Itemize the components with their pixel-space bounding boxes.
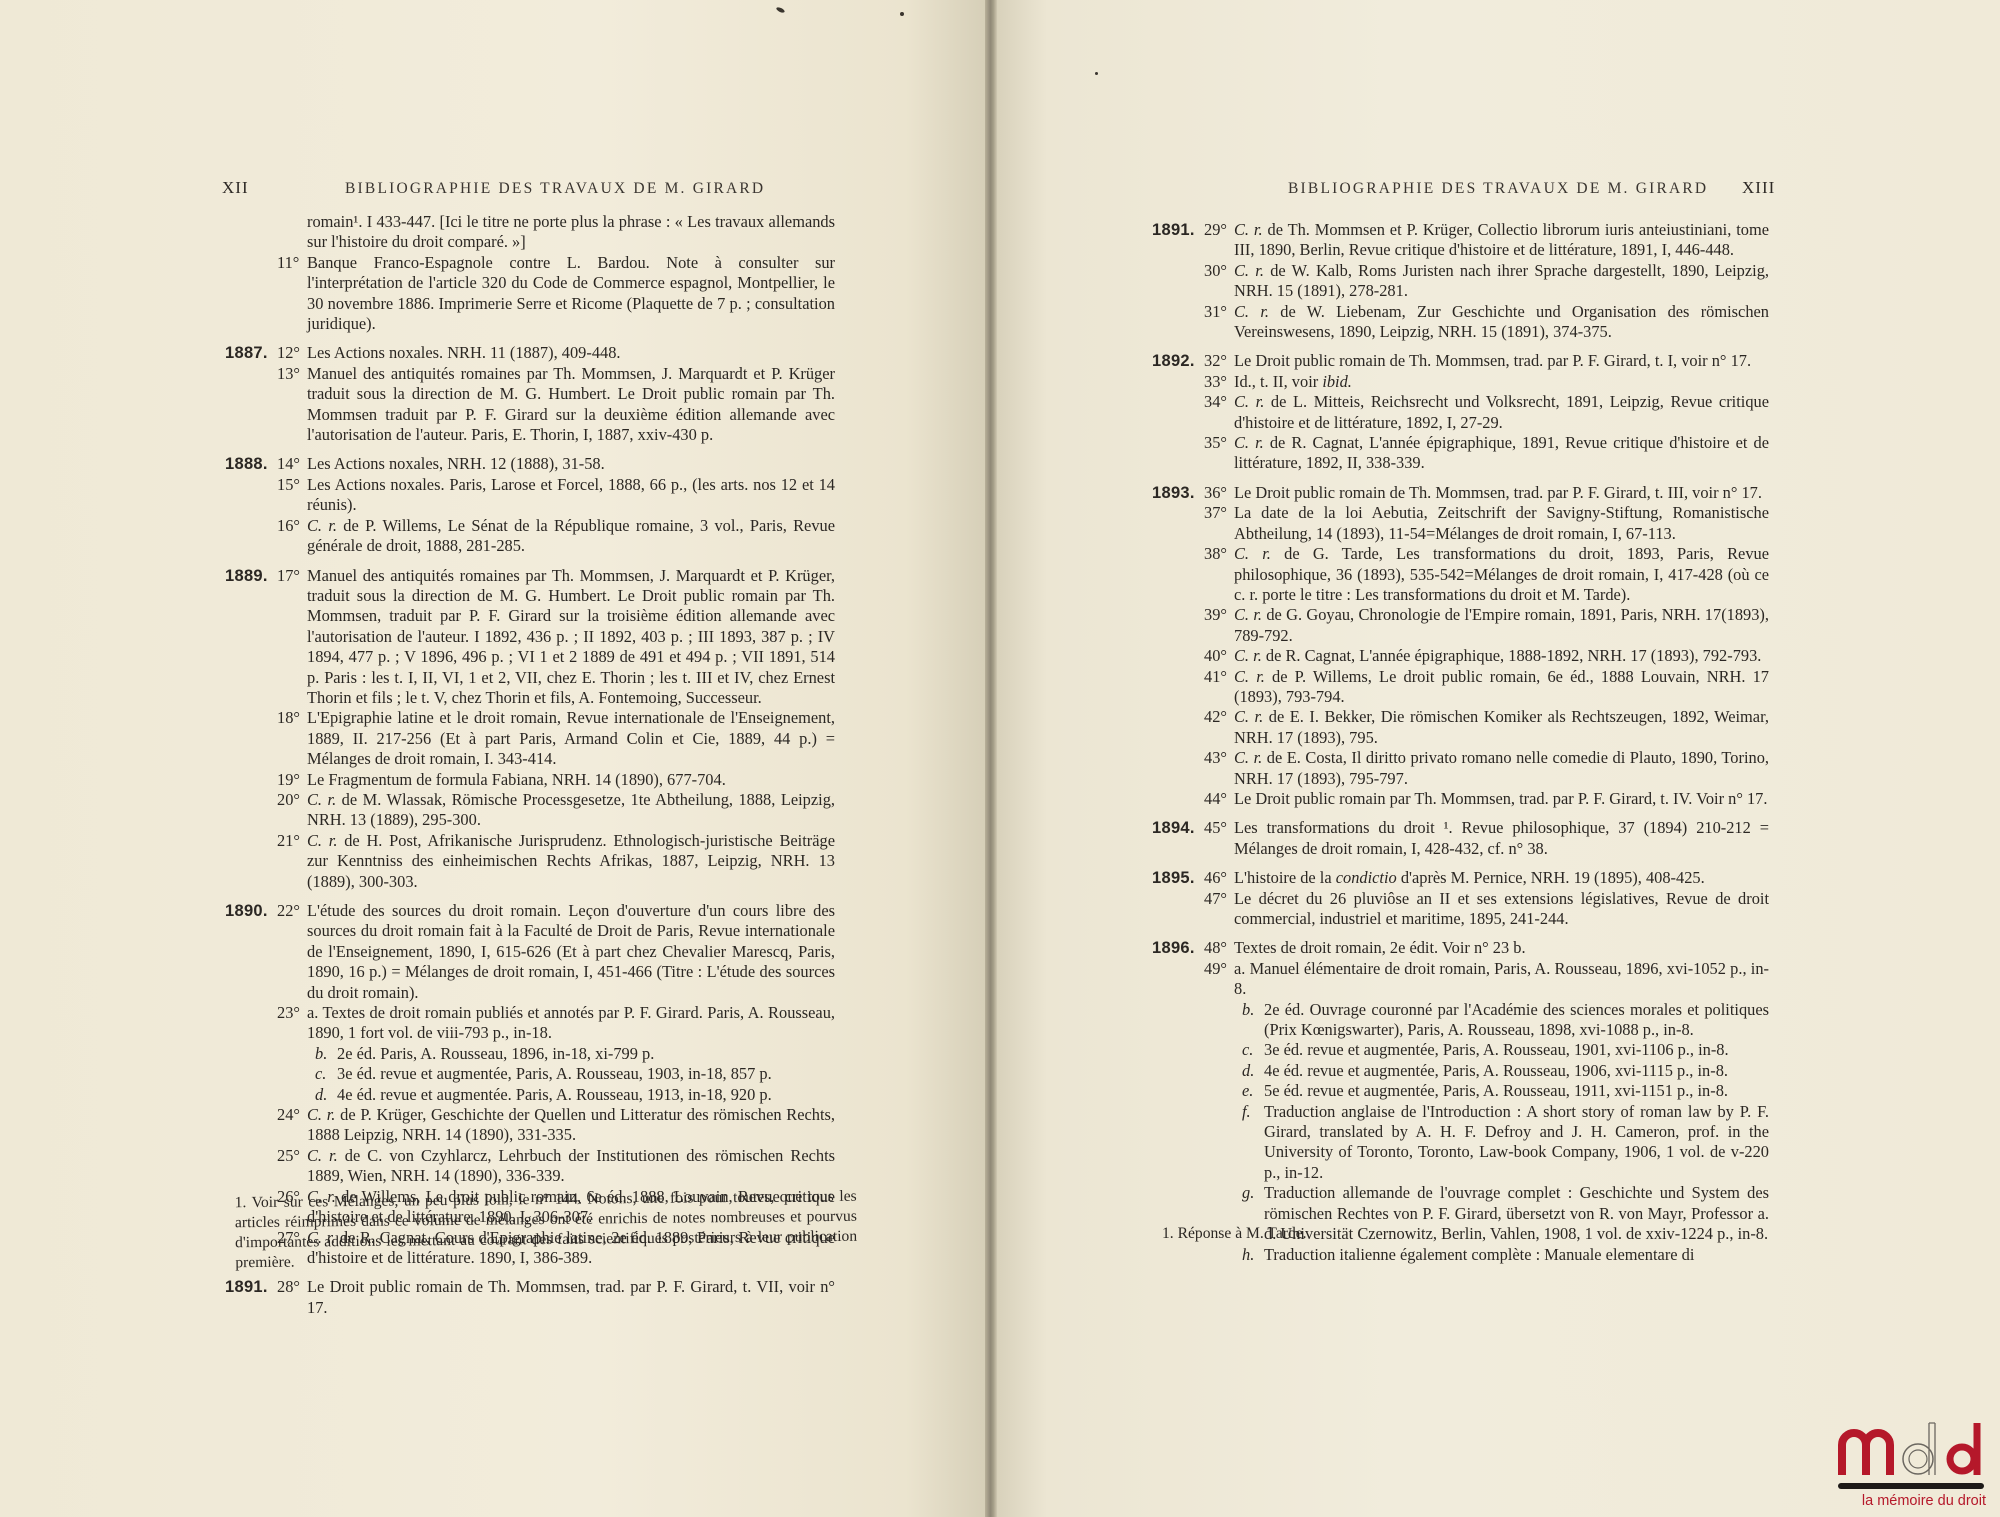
entry-text: de G. Tarde, Les transformations du droi… bbox=[1234, 544, 1769, 604]
entry-number: 24° bbox=[277, 1105, 307, 1125]
year-group: 1887.12°Les Actions noxales. NRH. 11 (18… bbox=[225, 343, 835, 445]
footnote: 1. Voir sur ces Mélanges, un peu plus lo… bbox=[235, 1187, 858, 1274]
paper-speck bbox=[900, 12, 904, 16]
footnote: 1. Réponse à M. Tarde. bbox=[1162, 1224, 1462, 1244]
right-page: BIBLIOGRAPHIE DES TRAVAUX DE M. GIRARD X… bbox=[997, 0, 2000, 1517]
review-abbrev: C. r. bbox=[1234, 748, 1262, 767]
entry-text: Les Actions noxales, NRH. 12 (1888), 31-… bbox=[307, 454, 605, 473]
year-group: 1894.45°Les transformations du droit ¹. … bbox=[1152, 818, 1769, 859]
entry-number: 12° bbox=[277, 343, 307, 363]
entry-text: de P. Willems, Le droit public romain, 6… bbox=[1234, 667, 1769, 706]
book-spread: XII BIBLIOGRAPHIE DES TRAVAUX DE M. GIRA… bbox=[0, 0, 2000, 1517]
entry-number: 43° bbox=[1204, 748, 1234, 768]
entry-text: Les Actions noxales. NRH. 11 (1887), 409… bbox=[307, 343, 621, 362]
bibliography-entry: 22°L'étude des sources du droit romain. … bbox=[225, 901, 835, 1003]
entry-number: 16° bbox=[277, 516, 307, 536]
paper-speck bbox=[1095, 72, 1098, 75]
bibliography-entry: 17°Manuel des antiquités romaines par Th… bbox=[225, 566, 835, 709]
bibliography-entry: 32°Le Droit public romain de Th. Mommsen… bbox=[1152, 351, 1769, 371]
edition-letter: g. bbox=[1242, 1183, 1264, 1203]
entry-text: L'Epigraphie latine et le droit romain, … bbox=[307, 708, 835, 768]
review-abbrev: C. r. bbox=[1234, 220, 1263, 239]
bibliography-entry: 41°C. r. de P. Willems, Le droit public … bbox=[1152, 667, 1769, 708]
edition-subentry: c.3e éd. revue et augmentée, Paris, A. R… bbox=[225, 1064, 835, 1084]
entry-number: 36° bbox=[1204, 483, 1234, 503]
year-group: 1895.46°L'histoire de la condictio d'apr… bbox=[1152, 868, 1769, 929]
year-group: 1889.17°Manuel des antiquités romaines p… bbox=[225, 566, 835, 893]
logo-bar bbox=[1838, 1483, 1984, 1489]
entry-text: Banque Franco-Espagnole contre L. Bardou… bbox=[307, 253, 835, 333]
year-group: 1896.48°Textes de droit romain, 2e édit.… bbox=[1152, 938, 1769, 1265]
bibliography-entry: 29°C. r. de Th. Mommsen et P. Krüger, Co… bbox=[1152, 220, 1769, 261]
bibliography-entry: 13°Manuel des antiquités romaines par Th… bbox=[225, 364, 835, 446]
bibliography-entry: 33°Id., t. II, voir ibid. bbox=[1152, 372, 1769, 392]
entry-text: Textes de droit romain, 2e édit. Voir n°… bbox=[1234, 938, 1526, 957]
edition-letter: d. bbox=[1242, 1061, 1264, 1081]
entry-text: de R. Cagnat, L'année épigraphique, 1891… bbox=[1234, 433, 1769, 472]
entry-number: 45° bbox=[1204, 818, 1234, 838]
bibliography-entry: 42°C. r. de E. I. Bekker, Die römischen … bbox=[1152, 707, 1769, 748]
edition-text: Traduction italienne également complète … bbox=[1264, 1245, 1694, 1264]
review-abbrev: C. r. bbox=[1234, 646, 1262, 665]
year-group: 1888.14°Les Actions noxales, NRH. 12 (18… bbox=[225, 454, 835, 556]
bibliography-column: 1891.29°C. r. de Th. Mommsen et P. Krüge… bbox=[1152, 220, 1769, 1274]
logo-tagline: la mémoire du droit bbox=[1862, 1493, 1986, 1509]
entry-number: 47° bbox=[1204, 889, 1234, 909]
entry-number: 38° bbox=[1204, 544, 1234, 564]
entry-text: de M. Wlassak, Römische Processgesetze, … bbox=[307, 790, 835, 829]
review-abbrev: C. r. bbox=[1234, 707, 1263, 726]
bibliography-entry: 48°Textes de droit romain, 2e édit. Voir… bbox=[1152, 938, 1769, 958]
edition-text: 3e éd. revue et augmentée, Paris, A. Rou… bbox=[337, 1064, 772, 1083]
bibliography-entry: 28°Le Droit public romain de Th. Mommsen… bbox=[225, 1277, 835, 1318]
entry-text: de G. Goyau, Chronologie de l'Empire rom… bbox=[1234, 605, 1769, 644]
review-abbrev: C. r. bbox=[307, 1105, 335, 1124]
entry-text: a. Manuel élémentaire de droit romain, P… bbox=[1234, 959, 1769, 998]
entry-number: 23° bbox=[277, 1003, 307, 1023]
running-head: BIBLIOGRAPHIE DES TRAVAUX DE M. GIRARD bbox=[1288, 180, 1708, 198]
mdd-logo-mark-icon bbox=[1838, 1421, 1988, 1477]
entry-number: 30° bbox=[1204, 261, 1234, 281]
edition-subentry: b.2e éd. Ouvrage couronné par l'Académie… bbox=[1152, 1000, 1769, 1041]
edition-text: 2e éd. Ouvrage couronné par l'Académie d… bbox=[1264, 1000, 1769, 1039]
bibliography-entry: 21°C. r. de H. Post, Afrikanische Jurisp… bbox=[225, 831, 835, 892]
review-abbrev: C. r. bbox=[307, 516, 337, 535]
year-group: 1892.32°Le Droit public romain de Th. Mo… bbox=[1152, 351, 1769, 473]
edition-text: 5e éd. revue et augmentée, Paris, A. Rou… bbox=[1264, 1081, 1728, 1100]
entry-text: Le Droit public romain de Th. Mommsen, t… bbox=[307, 1277, 835, 1316]
entry-number: 18° bbox=[277, 708, 307, 728]
entry-number: 33° bbox=[1204, 372, 1234, 392]
review-abbrev: C. r. bbox=[1234, 544, 1271, 563]
edition-text: 4e éd. revue et augmentée, Paris, A. Rou… bbox=[1264, 1061, 1728, 1080]
edition-letter: f. bbox=[1242, 1102, 1264, 1122]
entry-number: 37° bbox=[1204, 503, 1234, 523]
mdd-logo: la mémoire du droit bbox=[1832, 1415, 1992, 1511]
bibliography-entry: 47°Le décret du 26 pluviôse an II et ses… bbox=[1152, 889, 1769, 930]
entry-text: Le Droit public romain de Th. Mommsen, t… bbox=[1234, 483, 1762, 502]
running-head: BIBLIOGRAPHIE DES TRAVAUX DE M. GIRARD bbox=[345, 180, 765, 198]
entry-text: Le décret du 26 pluviôse an II et ses ex… bbox=[1234, 889, 1769, 928]
page-number: XIII bbox=[1742, 178, 1775, 198]
entry-text: de W. Kalb, Roms Juristen nach ihrer Spr… bbox=[1234, 261, 1769, 300]
entry-number: 19° bbox=[277, 770, 307, 790]
entry-number: 31° bbox=[1204, 302, 1234, 322]
bibliography-entry: 14°Les Actions noxales, NRH. 12 (1888), … bbox=[225, 454, 835, 474]
review-abbrev: C. r. bbox=[1234, 302, 1269, 321]
entry-text: L'étude des sources du droit romain. Leç… bbox=[307, 901, 835, 1002]
left-page: XII BIBLIOGRAPHIE DES TRAVAUX DE M. GIRA… bbox=[0, 0, 985, 1517]
bibliography-entry: 34°C. r. de L. Mitteis, Reichsrecht und … bbox=[1152, 392, 1769, 433]
entry-number: 39° bbox=[1204, 605, 1234, 625]
bibliography-entry: 37°La date de la loi Aebutia, Zeitschrif… bbox=[1152, 503, 1769, 544]
bibliography-entry: 46°L'histoire de la condictio d'après M.… bbox=[1152, 868, 1769, 888]
bibliography-column: romain¹. I 433-447. [Ici le titre ne por… bbox=[225, 212, 835, 1327]
entry-text: de C. von Czyhlarcz, Lehrbuch der Instit… bbox=[307, 1146, 835, 1185]
bibliography-entry: 36°Le Droit public romain de Th. Mommsen… bbox=[1152, 483, 1769, 503]
entry-text: Manuel des antiquités romaines par Th. M… bbox=[307, 566, 835, 707]
entry-number: 46° bbox=[1204, 868, 1234, 888]
entry-text: Le Fragmentum de formula Fabiana, NRH. 1… bbox=[307, 770, 726, 789]
entry-text: d'après M. Pernice, NRH. 19 (1895), 408-… bbox=[1397, 868, 1705, 887]
entry-text: La date de la loi Aebutia, Zeitschrift d… bbox=[1234, 503, 1769, 542]
bibliography-entry: 38°C. r. de G. Tarde, Les transformation… bbox=[1152, 544, 1769, 605]
bibliography-entry: 16°C. r. de P. Willems, Le Sénat de la R… bbox=[225, 516, 835, 557]
entry-number: 21° bbox=[277, 831, 307, 851]
edition-subentry: c.3e éd. revue et augmentée, Paris, A. R… bbox=[1152, 1040, 1769, 1060]
bibliography-entry: 24°C. r. de P. Krüger, Geschichte der Qu… bbox=[225, 1105, 835, 1146]
entry-number: 11° bbox=[277, 253, 307, 273]
bibliography-entry: 45°Les transformations du droit ¹. Revue… bbox=[1152, 818, 1769, 859]
entry-number: 34° bbox=[1204, 392, 1234, 412]
bibliography-entry: 25°C. r. de C. von Czyhlarcz, Lehrbuch d… bbox=[225, 1146, 835, 1187]
edition-letter: b. bbox=[1242, 1000, 1264, 1020]
edition-letter: e. bbox=[1242, 1081, 1264, 1101]
entry-number: 32° bbox=[1204, 351, 1234, 371]
continuation-text: romain¹. I 433-447. [Ici le titre ne por… bbox=[225, 212, 835, 253]
entry-number: 28° bbox=[277, 1277, 307, 1297]
edition-letter: c. bbox=[315, 1064, 337, 1084]
review-abbrev: C. r. bbox=[1234, 261, 1264, 280]
edition-letter: h. bbox=[1242, 1245, 1264, 1265]
review-abbrev: C. r. bbox=[307, 790, 336, 809]
bibliography-entry: 35°C. r. de R. Cagnat, L'année épigraphi… bbox=[1152, 433, 1769, 474]
bibliography-entry: 12°Les Actions noxales. NRH. 11 (1887), … bbox=[225, 343, 835, 363]
edition-letter: c. bbox=[1242, 1040, 1264, 1060]
bibliography-entry: 39°C. r. de G. Goyau, Chronologie de l'E… bbox=[1152, 605, 1769, 646]
bibliography-entry: 15°Les Actions noxales. Paris, Larose et… bbox=[225, 475, 835, 516]
entry-number: 48° bbox=[1204, 938, 1234, 958]
entry-number: 42° bbox=[1204, 707, 1234, 727]
entry-text: de E. I. Bekker, Die römischen Komiker a… bbox=[1234, 707, 1769, 746]
entry-text: de Th. Mommsen et P. Krüger, Collectio l… bbox=[1234, 220, 1769, 259]
edition-subentry: d.4e éd. revue et augmentée, Paris, A. R… bbox=[1152, 1061, 1769, 1081]
entry-number: 35° bbox=[1204, 433, 1234, 453]
entry-text: Les transformations du droit ¹. Revue ph… bbox=[1234, 818, 1769, 857]
entry-text: L'histoire de la bbox=[1234, 868, 1336, 887]
year-group: 1891.29°C. r. de Th. Mommsen et P. Krüge… bbox=[1152, 220, 1769, 342]
entry-text: de P. Willems, Le Sénat de la République… bbox=[307, 516, 835, 555]
entry-number: 17° bbox=[277, 566, 307, 586]
entry-text: de P. Krüger, Geschichte der Quellen und… bbox=[307, 1105, 835, 1144]
entry-number: 14° bbox=[277, 454, 307, 474]
bibliography-entry: 20°C. r. de M. Wlassak, Römische Process… bbox=[225, 790, 835, 831]
entry-number: 25° bbox=[277, 1146, 307, 1166]
entry-text: de L. Mitteis, Reichsrecht und Volksrech… bbox=[1234, 392, 1769, 431]
entry-text: a. Textes de droit romain publiés et ann… bbox=[307, 1003, 835, 1042]
page-number: XII bbox=[222, 178, 249, 198]
edition-text: 4e éd. revue et augmentée. Paris, A. Rou… bbox=[337, 1085, 772, 1104]
edition-text: 2e éd. Paris, A. Rousseau, 1896, in-18, … bbox=[337, 1044, 654, 1063]
edition-subentry: e.5e éd. revue et augmentée, Paris, A. R… bbox=[1152, 1081, 1769, 1101]
bibliography-entry: 44°Le Droit public romain par Th. Mommse… bbox=[1152, 789, 1769, 809]
book-gutter bbox=[985, 0, 997, 1517]
entry-number: 41° bbox=[1204, 667, 1234, 687]
entry-number: 44° bbox=[1204, 789, 1234, 809]
entry-text: de R. Cagnat, L'année épigraphique, 1888… bbox=[1262, 646, 1762, 665]
bibliography-entry: 19°Le Fragmentum de formula Fabiana, NRH… bbox=[225, 770, 835, 790]
entry-text: de H. Post, Afrikanische Jurisprudenz. E… bbox=[307, 831, 835, 891]
entry-text: de W. Liebenam, Zur Geschichte und Organ… bbox=[1234, 302, 1769, 341]
review-abbrev: C. r. bbox=[1234, 433, 1264, 452]
entry-number: 13° bbox=[277, 364, 307, 384]
review-abbrev: C. r. bbox=[307, 1146, 338, 1165]
entry-number: 15° bbox=[277, 475, 307, 495]
review-abbrev: C. r. bbox=[1234, 605, 1262, 624]
edition-subentry: h.Traduction italienne également complèt… bbox=[1152, 1245, 1769, 1265]
bibliography-entry: 23°a. Textes de droit romain publiés et … bbox=[225, 1003, 835, 1044]
entry-text: Id., t. II, voir bbox=[1234, 372, 1322, 391]
bibliography-entry: 11°Banque Franco-Espagnole contre L. Bar… bbox=[225, 253, 835, 335]
review-abbrev: C. r. bbox=[307, 831, 337, 850]
entry-number: 22° bbox=[277, 901, 307, 921]
year-group: 1893.36°Le Droit public romain de Th. Mo… bbox=[1152, 483, 1769, 810]
review-abbrev: C. r. bbox=[1234, 667, 1265, 686]
edition-text: 3e éd. revue et augmentée, Paris, A. Rou… bbox=[1264, 1040, 1729, 1059]
entry-italic: condictio bbox=[1336, 868, 1397, 887]
entry-text: Les Actions noxales. Paris, Larose et Fo… bbox=[307, 475, 835, 514]
entry-number: 29° bbox=[1204, 220, 1234, 240]
entry-number: 20° bbox=[277, 790, 307, 810]
year-group: 1891.28°Le Droit public romain de Th. Mo… bbox=[225, 1277, 835, 1318]
entry-text: Le Droit public romain de Th. Mommsen, t… bbox=[1234, 351, 1751, 370]
bibliography-entry: 30°C. r. de W. Kalb, Roms Juristen nach … bbox=[1152, 261, 1769, 302]
edition-text: Traduction anglaise de l'Introduction : … bbox=[1264, 1102, 1769, 1182]
entry-text: Manuel des antiquités romaines par Th. M… bbox=[307, 364, 835, 444]
bibliography-entry: 43°C. r. de E. Costa, Il diritto privato… bbox=[1152, 748, 1769, 789]
bibliography-entry: 49°a. Manuel élémentaire de droit romain… bbox=[1152, 959, 1769, 1000]
entry-number: 49° bbox=[1204, 959, 1234, 979]
bibliography-entry: 18°L'Epigraphie latine et le droit romai… bbox=[225, 708, 835, 769]
edition-letter: b. bbox=[315, 1044, 337, 1064]
edition-subentry: d.4e éd. revue et augmentée. Paris, A. R… bbox=[225, 1085, 835, 1105]
entry-text: de E. Costa, Il diritto privato romano n… bbox=[1234, 748, 1769, 787]
bibliography-entry: 40°C. r. de R. Cagnat, L'année épigraphi… bbox=[1152, 646, 1769, 666]
edition-letter: d. bbox=[315, 1085, 337, 1105]
entry-italic: ibid. bbox=[1322, 372, 1352, 391]
entry-text: Le Droit public romain par Th. Mommsen, … bbox=[1234, 789, 1767, 808]
review-abbrev: C. r. bbox=[1234, 392, 1264, 411]
year-group: 11°Banque Franco-Espagnole contre L. Bar… bbox=[225, 253, 835, 335]
edition-subentry: f.Traduction anglaise de l'Introduction … bbox=[1152, 1102, 1769, 1184]
bibliography-entry: 31°C. r. de W. Liebenam, Zur Geschichte … bbox=[1152, 302, 1769, 343]
edition-subentry: b.2e éd. Paris, A. Rousseau, 1896, in-18… bbox=[225, 1044, 835, 1064]
entry-number: 40° bbox=[1204, 646, 1234, 666]
